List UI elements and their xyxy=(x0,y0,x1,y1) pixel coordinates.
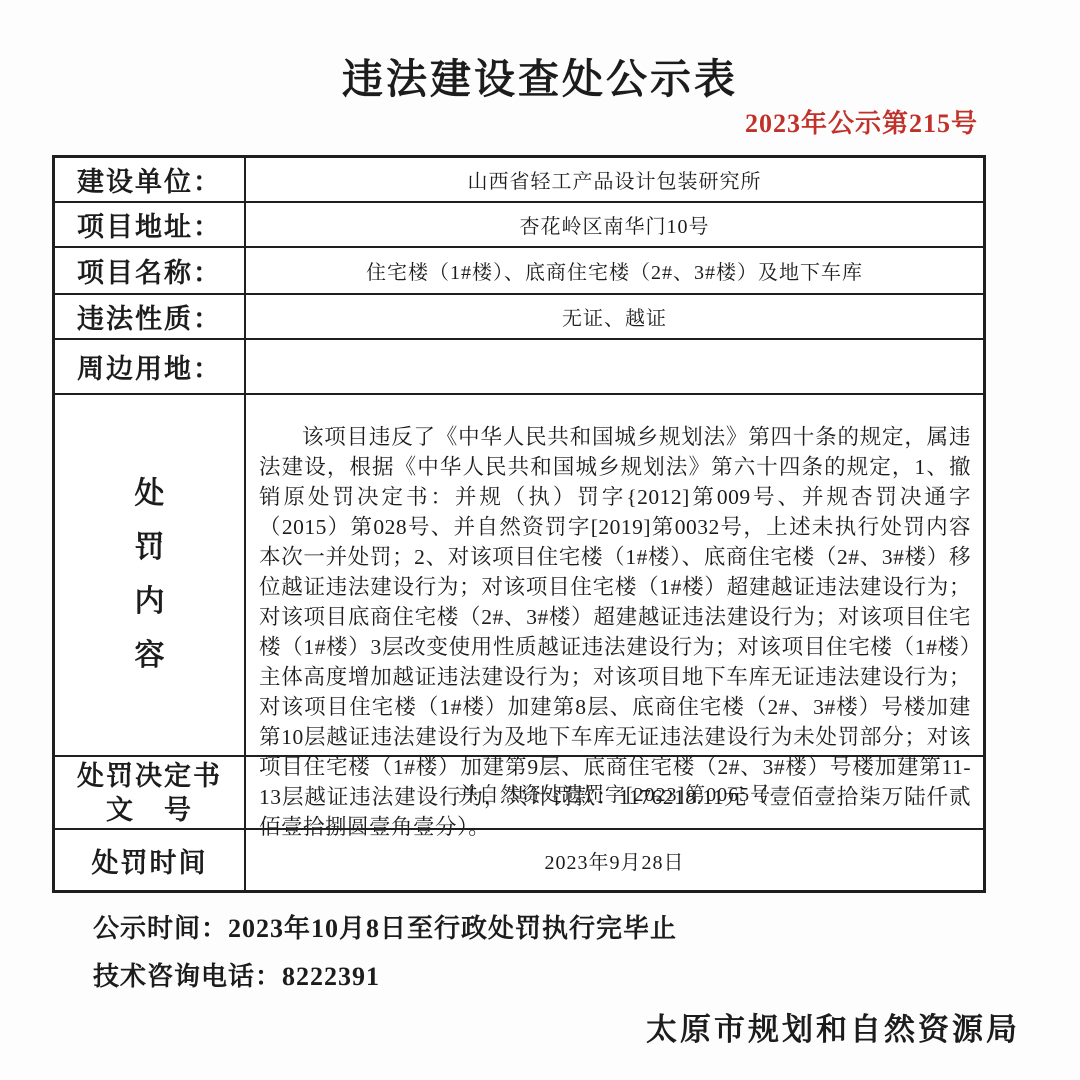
row-value-decision-doc: 并自然资处遗罚字[2023]第0065号 xyxy=(246,757,983,828)
row-value-punishment-time: 2023年9月28日 xyxy=(246,830,983,890)
punishment-content-cell: 该项目违反了《中华人民共和国城乡规划法》第四十条的规定，属违法建设，根据《中华人… xyxy=(246,395,983,755)
table-row-surrounding-land: 周边用地： xyxy=(55,340,983,395)
row-value-illegal-nature: 无证、越证 xyxy=(246,295,983,338)
row-value-project-name: 住宅楼（1#楼）、底商住宅楼（2#、3#楼）及地下车库 xyxy=(246,248,983,293)
row-label-punishment-time: 处罚时间 xyxy=(55,830,246,890)
table-row-punishment-content: 处罚内容 该项目违反了《中华人民共和国城乡规划法》第四十条的规定，属违法建设，根… xyxy=(55,395,983,757)
table-row-decision-doc: 处罚决定书 文 号 并自然资处遗罚字[2023]第0065号 xyxy=(55,757,983,830)
row-label-box-punishment-content: 处罚内容 xyxy=(55,395,246,755)
notice-number: 2023年公示第215号 xyxy=(745,103,978,140)
table-row-construction-unit: 建设单位： 山西省轻工产品设计包装研究所 xyxy=(55,158,983,203)
row-label-illegal-nature: 违法性质： xyxy=(55,295,246,338)
row-value-surrounding-land xyxy=(246,340,983,393)
document-page: 违法建设查处公示表 2023年公示第215号 建设单位： 山西省轻工产品设计包装… xyxy=(0,0,1080,1080)
decision-doc-label-line2: 文 号 xyxy=(106,793,193,827)
page-title: 违法建设查处公示表 xyxy=(0,46,1080,105)
row-value-project-address: 杏花岭区南华门10号 xyxy=(246,203,983,246)
row-label-project-name: 项目名称： xyxy=(55,248,246,293)
publicity-period-line: 公示时间：2023年10月8日至行政处罚执行完毕止 xyxy=(93,908,677,945)
row-label-punishment-content: 处罚内容 xyxy=(132,467,168,683)
row-label-surrounding-land: 周边用地： xyxy=(55,340,246,393)
row-label-project-address: 项目地址： xyxy=(55,203,246,246)
phone-line: 技术咨询电话：8222391 xyxy=(93,956,380,993)
table-row-illegal-nature: 违法性质： 无证、越证 xyxy=(55,295,983,340)
table-row-project-name: 项目名称： 住宅楼（1#楼）、底商住宅楼（2#、3#楼）及地下车库 xyxy=(55,248,983,295)
decision-doc-label-line1: 处罚决定书 xyxy=(77,759,222,793)
publicity-table: 建设单位： 山西省轻工产品设计包装研究所 项目地址： 杏花岭区南华门10号 项目… xyxy=(52,155,986,893)
row-label-construction-unit: 建设单位： xyxy=(55,158,246,201)
row-value-construction-unit: 山西省轻工产品设计包装研究所 xyxy=(246,158,983,201)
table-row-project-address: 项目地址： 杏花岭区南华门10号 xyxy=(55,203,983,248)
table-row-punishment-time: 处罚时间 2023年9月28日 xyxy=(55,830,983,890)
issuing-agency: 太原市规划和自然资源局 xyxy=(646,1004,1020,1049)
row-label-decision-doc: 处罚决定书 文 号 xyxy=(55,757,246,828)
